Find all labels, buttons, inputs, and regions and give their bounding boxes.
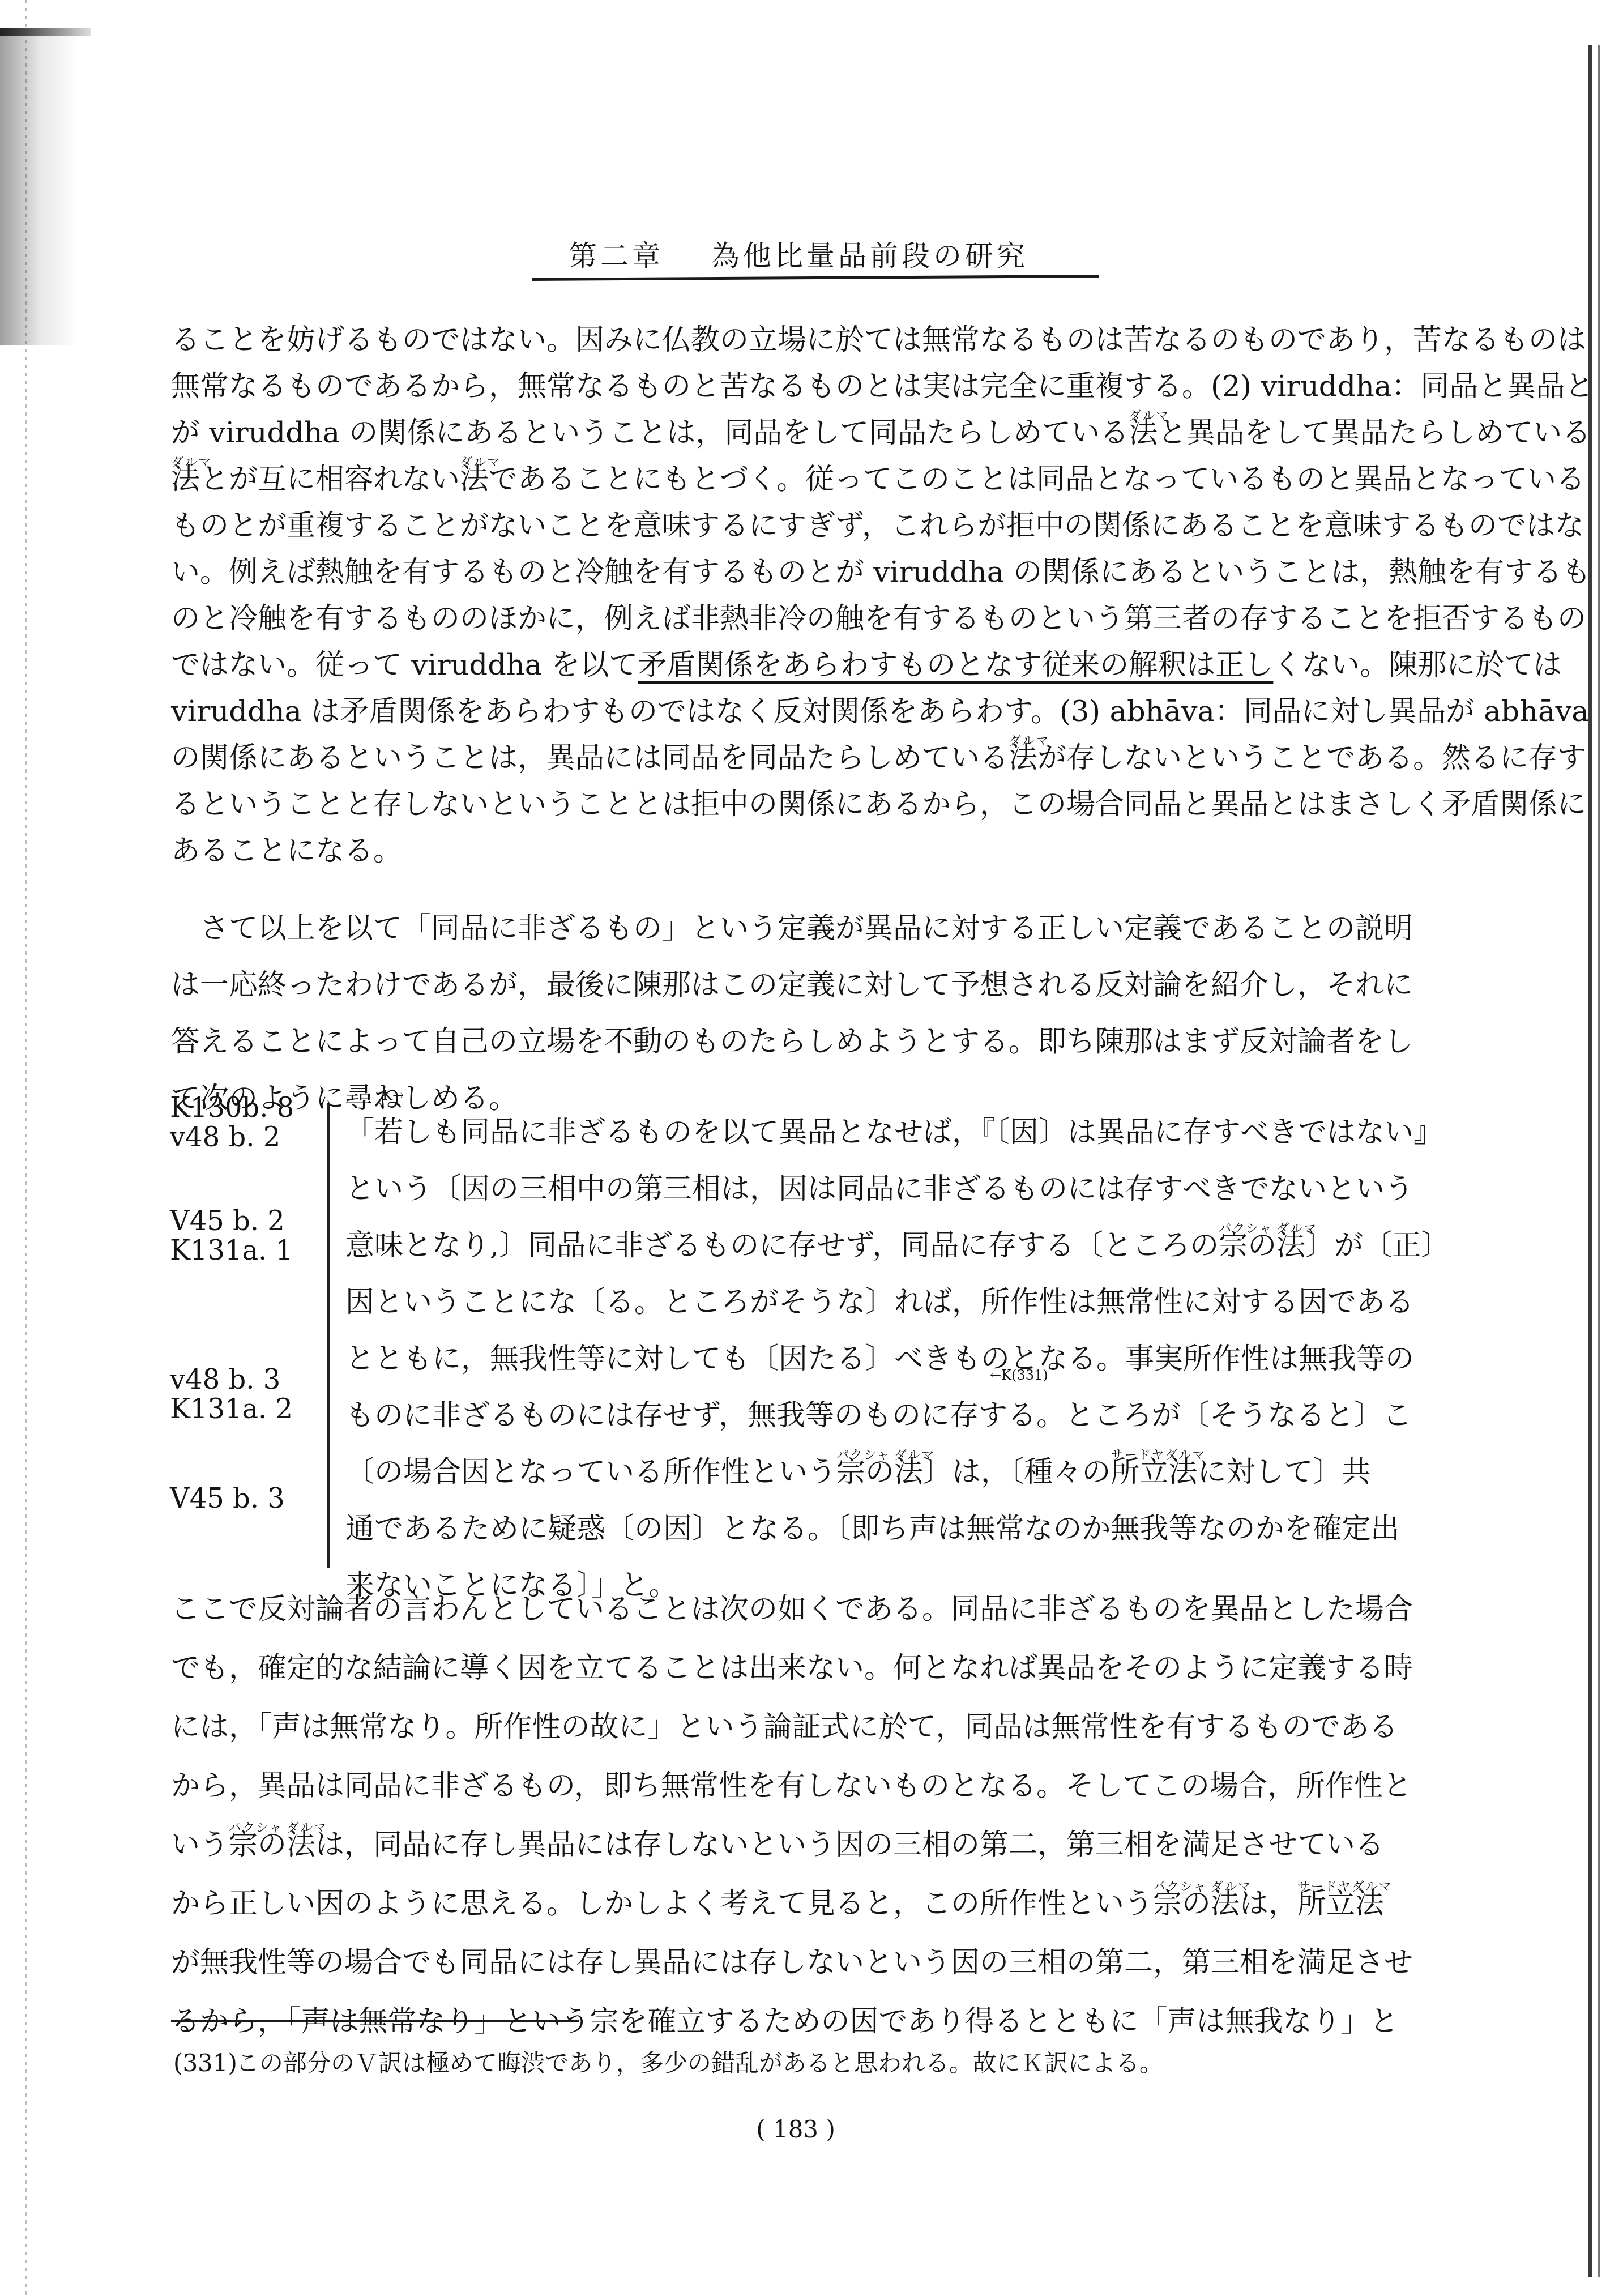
ruby-term: ダルマ法 [287, 1816, 315, 1875]
text-line: には，「声は無常なり。所作性の故に」という論証式に於て，同品は無常性を有するもの… [171, 1698, 1423, 1757]
text-line: から，異品は同品に非ざるもの，即ち無常性を有しないものとなる。そしてこの場合，所… [171, 1757, 1423, 1816]
quotation-margin-rule [327, 1103, 330, 1568]
text-line: 無常なるものであるから，無常なるものと苦なるものとは実は完全に重複する。(2) … [171, 364, 1423, 410]
margin-ref: v48 b. 2 [170, 1123, 280, 1152]
text-line: viruddha は矛盾関係をあらわすものではなく反対関係をあらわす。(3) a… [171, 689, 1423, 735]
text-line: 答えることによって自己の立場を不動のものたらしめようとする。即ち陳那はまず反対論… [171, 1014, 1423, 1070]
ruby-term: パクシャ宗 [836, 1444, 865, 1501]
text-line: のと冷触を有するもののほかに，例えば非熱非冷の触を有するものという第三者の存する… [171, 596, 1423, 642]
text-line: 因ということにな〔る。ところがそうな〕れば，所作性は無常性に対する因である [345, 1274, 1438, 1331]
ruby-term: ダルマ法 [1276, 1218, 1305, 1274]
ruby-term: ダルマ法 [894, 1444, 923, 1501]
text-line: さて以上を以て「同品に非ざるもの」という定義が異品に対する正しい定義であることの… [171, 901, 1423, 957]
text-line: い。例えば熱触を有するものと冷触を有するものとが viruddha の関係にある… [171, 549, 1423, 596]
scan-binding-shadow [0, 28, 79, 345]
text-line: でも，確定的な結論に導く因を立てることは出来ない。何となれば異品をそのように定義… [171, 1639, 1423, 1698]
text-line: ものに非ざるものには存せず，無我等のものに存する。ところが〔そうなると〕こ [345, 1388, 1438, 1444]
footnote: (331)この部分のＶ訳は極めて晦渋であり，多少の錯乱があると思われる。故にＫ訳… [173, 2045, 1419, 2079]
text-line: ダルマ法とが互に相容れないダルマ法であることにもとづく。従ってこのことは同品とな… [171, 456, 1423, 503]
text-line: 意味となり,〕同品に非ざるものに存せず，同品に存する〔ところのパクシャ宗のダルマ… [345, 1218, 1438, 1274]
footnote-text: この部分のＶ訳は極めて晦渋であり，多少の錯乱があると思われる。故にＫ訳による。 [236, 2049, 1163, 2077]
paragraph-3: ここで反対論者の言わんとしていることは次の如くである。同品に非ざるものを異品とし… [171, 1580, 1423, 2051]
text-line: 「若しも同品に非ざるものを以て異品となせば，『〔因〕は異品に存すべきではない』 [345, 1104, 1438, 1161]
footnote-number: (331) [173, 2049, 236, 2077]
text-line: ここで反対論者の言わんとしていることは次の如くである。同品に非ざるものを異品とし… [171, 1580, 1423, 1639]
text-line: は一応終ったわけであるが，最後に陳那はこの定義に対して予想される反対論を紹介し，… [171, 957, 1423, 1014]
ruby-term: ダルマ法 [171, 456, 200, 503]
running-head-rule [532, 275, 1099, 281]
chapter-title: 為他比量品前段の研究 [711, 240, 1028, 272]
ruby-term: パクシャ宗 [229, 1816, 258, 1875]
scan-edge-left [25, 0, 27, 2296]
margin-ref: v48 b. 3 [170, 1365, 280, 1394]
margin-ref: V45 b. 3 [170, 1484, 285, 1513]
ruby-term: パクシャ宗 [1219, 1218, 1248, 1274]
chapter-label: 第二章 [569, 240, 664, 272]
margin-ref: V45 b. 2 [170, 1206, 285, 1236]
margin-ref: K131a. 1 [170, 1236, 293, 1265]
k-start-marker: K→ [382, 1087, 404, 1103]
ruby-term: ダルマ法 [1129, 410, 1158, 456]
scan-edge-right-inner [1598, 45, 1600, 2277]
text-line: 〔の場合因となっている所作性というパクシャ宗のダルマ法〕は，〔種々のサードヤダル… [345, 1444, 1438, 1501]
text-line: とともに，無我性等に対しても〔因たる〕べきものとなる。事実所作性は無我等の [345, 1331, 1438, 1388]
text-line: あることになる。 [171, 828, 1423, 874]
running-head: 第二章 為他比量品前段の研究 [544, 233, 1053, 274]
ruby-term: サードヤダルマ所立法 [1297, 1875, 1384, 1934]
text-line: ることを妨げるものではない。因みに仏教の立場に於ては無常なるものは苦なるのもので… [171, 317, 1423, 364]
margin-ref: K131a. 2 [170, 1394, 293, 1424]
ruby-term: ダルマ法 [1009, 735, 1037, 782]
ruby-term: ダルマ法 [460, 456, 489, 503]
text-line: が viruddha の関係にあるということは，同品をして同品たらしめているダル… [171, 410, 1423, 456]
text-line: ではない。従って viruddha を以て矛盾関係をあらわすものとなす従来の解釈… [171, 642, 1423, 689]
text-line: るということと存しないということとは拒中の関係にあるから，この場合同品と異品とは… [171, 782, 1423, 828]
text-line: から正しい因のように思える。しかしよく考えて見ると，この所作性というパクシャ宗の… [171, 1875, 1423, 1934]
text-line: の関係にあるということは，異品には同品を同品たらしめているダルマ法が存しないとい… [171, 735, 1423, 782]
margin-ref: K130b. 8 [170, 1093, 294, 1123]
page-number: ( 183 ) [739, 2115, 852, 2143]
ruby-term: サードヤダルマ所立法 [1111, 1444, 1198, 1501]
text-line: という〔因の三相中の第三相は，因は同品に非ざるものには存すべきでないという [345, 1161, 1438, 1218]
quotation-text: 「若しも同品に非ざるものを以て異品となせば，『〔因〕は異品に存すべきではない』 … [345, 1104, 1438, 1614]
ruby-term: ダルマ法 [1211, 1875, 1240, 1934]
text-line: 通であるために疑惑〔の因〕となる。〔即ち声は無常なのか無我等なのかを確定出 [345, 1501, 1438, 1557]
handwritten-underline: 矛盾関係をあらわすものとなす従来の解釈は正し [638, 648, 1273, 682]
ruby-term: パクシャ宗 [1153, 1875, 1182, 1934]
text-line: が無我性等の場合でも同品には存し異品には存しないという因の三相の第二，第三相を満… [171, 1934, 1423, 1992]
quotation-block: K130b. 8 v48 b. 2 V45 b. 2 K131a. 1 v48 … [170, 1087, 1444, 1586]
footnote-separator [171, 2020, 579, 2022]
text-line: ものとが重複することがないことを意味するにすぎず，これらが拒中の関係にあることを… [171, 503, 1423, 549]
paragraph-1: ることを妨げるものではない。因みに仏教の立場に於ては無常なるものは苦なるのもので… [171, 317, 1423, 874]
